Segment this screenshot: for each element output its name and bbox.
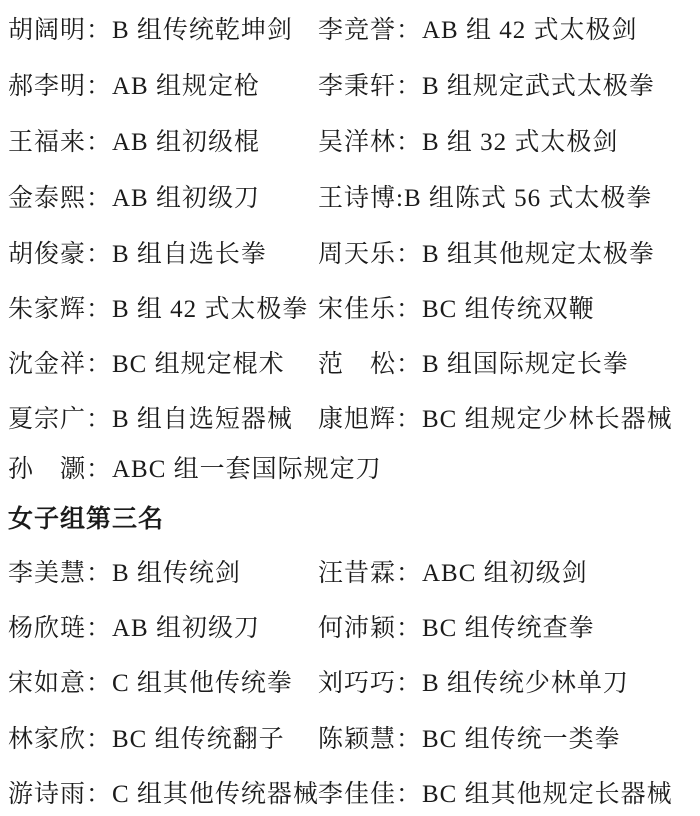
result-entry: 林家欣：BC 组传统翻子 xyxy=(8,725,285,755)
result-row: 李美慧：B 组传统剑 汪昔霖：ABC 组初级剑 xyxy=(0,559,700,589)
result-row: 郝李明：AB 组规定枪 李秉轩：B 组规定武式太极拳 xyxy=(0,72,700,102)
result-entry: 杨欣琏：AB 组初级刀 xyxy=(8,614,260,644)
women-third-place-heading: 女子组第三名 xyxy=(8,505,164,535)
result-entry: 康旭辉：BC 组规定少林长器械 xyxy=(318,405,673,435)
document-page: 胡阔明：B 组传统乾坤剑 李竞誉：AB 组 42 式太极剑 郝李明：AB 组规定… xyxy=(0,0,700,816)
result-entry: 朱家辉：B 组 42 式太极拳 xyxy=(8,295,308,325)
result-entry: 李美慧：B 组传统剑 xyxy=(8,559,241,589)
result-entry: 胡俊豪：B 组自选长拳 xyxy=(8,240,267,270)
result-entry: 汪昔霖：ABC 组初级剑 xyxy=(318,559,588,589)
result-entry: 游诗雨：C 组其他传统器械 xyxy=(8,780,319,810)
result-entry: 范 松：B 组国际规定长拳 xyxy=(318,350,629,380)
result-row: 朱家辉：B 组 42 式太极拳 宋佳乐：BC 组传统双鞭 xyxy=(0,295,700,325)
result-entry: 王福来：AB 组初级棍 xyxy=(8,128,260,158)
result-row: 胡阔明：B 组传统乾坤剑 李竞誉：AB 组 42 式太极剑 xyxy=(0,16,700,46)
result-entry: 沈金祥：BC 组规定棍术 xyxy=(8,350,285,380)
result-entry: 李竞誉：AB 组 42 式太极剑 xyxy=(318,16,637,46)
result-row: 沈金祥：BC 组规定棍术 范 松：B 组国际规定长拳 xyxy=(0,350,700,380)
section-heading-row: 女子组第三名 xyxy=(0,505,700,535)
result-entry: 吴洋林：B 组 32 式太极剑 xyxy=(318,128,618,158)
result-row: 游诗雨：C 组其他传统器械 李佳佳：BC 组其他规定长器械 xyxy=(0,780,700,810)
result-entry: 金泰熙：AB 组初级刀 xyxy=(8,184,260,214)
result-entry: 刘巧巧：B 组传统少林单刀 xyxy=(318,669,629,699)
result-row: 杨欣琏：AB 组初级刀 何沛颖：BC 组传统查拳 xyxy=(0,614,700,644)
result-entry: 宋佳乐：BC 组传统双鞭 xyxy=(318,295,595,325)
result-entry: 何沛颖：BC 组传统查拳 xyxy=(318,614,595,644)
result-entry: 夏宗广：B 组自选短器械 xyxy=(8,405,293,435)
result-row: 王福来：AB 组初级棍 吴洋林：B 组 32 式太极剑 xyxy=(0,128,700,158)
result-row: 金泰熙：AB 组初级刀 王诗博:B 组陈式 56 式太极拳 xyxy=(0,184,700,214)
result-row: 夏宗广：B 组自选短器械 康旭辉：BC 组规定少林长器械 xyxy=(0,405,700,435)
result-row: 孙 灏：ABC 组一套国际规定刀 xyxy=(0,455,700,485)
result-entry: 李秉轩：B 组规定武式太极拳 xyxy=(318,72,655,102)
result-entry: 孙 灏：ABC 组一套国际规定刀 xyxy=(8,455,382,485)
result-entry: 李佳佳：BC 组其他规定长器械 xyxy=(318,780,673,810)
result-entry: 周天乐：B 组其他规定太极拳 xyxy=(318,240,655,270)
result-entry: 郝李明：AB 组规定枪 xyxy=(8,72,260,102)
result-row: 胡俊豪：B 组自选长拳 周天乐：B 组其他规定太极拳 xyxy=(0,240,700,270)
result-row: 林家欣：BC 组传统翻子 陈颖慧：BC 组传统一类拳 xyxy=(0,725,700,755)
result-entry: 宋如意：C 组其他传统拳 xyxy=(8,669,293,699)
result-entry: 胡阔明：B 组传统乾坤剑 xyxy=(8,16,293,46)
result-entry: 王诗博:B 组陈式 56 式太极拳 xyxy=(318,184,652,214)
result-row: 宋如意：C 组其他传统拳 刘巧巧：B 组传统少林单刀 xyxy=(0,669,700,699)
result-entry: 陈颖慧：BC 组传统一类拳 xyxy=(318,725,621,755)
